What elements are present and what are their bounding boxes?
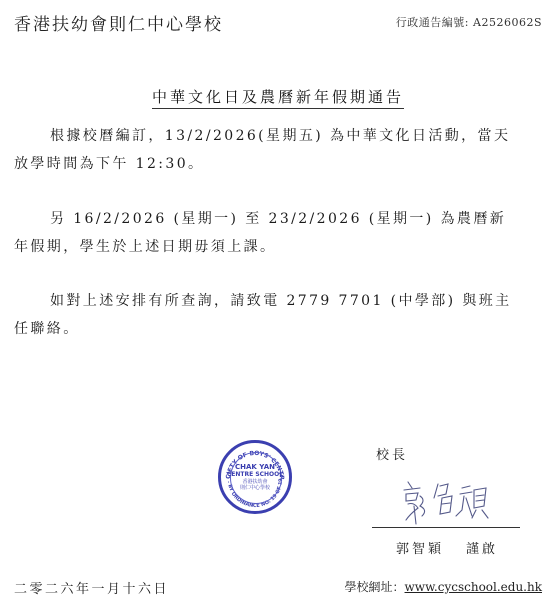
notice-number-value: A2526062S — [473, 16, 542, 29]
paragraph-1-text: 根據校曆編訂，13/2/2026(星期五) 為中華文化日活動，當天放學時間為下午… — [14, 128, 510, 172]
signature-line — [372, 527, 520, 528]
paragraph-2: 另 16/2/2026 (星期一) 至 23/2/2026 (星期一) 為農曆新… — [14, 205, 514, 261]
signer-closing: 謹啟 — [466, 542, 498, 557]
stamp-line-1: CHAK YAN — [235, 463, 275, 471]
notice-number-label: 行政通告編號: — [396, 16, 469, 29]
stamp-line-2: CENTRE SCHOOL — [227, 471, 283, 479]
notice-title: 中華文化日及農曆新年假期通告 — [0, 86, 556, 109]
notice-title-text: 中華文化日及農曆新年假期通告 — [152, 86, 404, 109]
principal-role-label: 校長 — [376, 444, 408, 463]
paragraph-2-text: 另 16/2/2026 (星期一) 至 23/2/2026 (星期一) 為農曆新… — [14, 211, 506, 255]
website: 學校網址：www.cycschool.edu.hk — [345, 578, 542, 595]
website-label: 學校網址： — [345, 580, 405, 594]
signature-icon — [400, 476, 500, 526]
website-link[interactable]: www.cycschool.edu.hk — [405, 580, 542, 594]
school-name: 香港扶幼會則仁中心學校 — [14, 10, 223, 35]
stamp-line-4: 則仁中心學校 — [240, 485, 270, 491]
signer: 郭智穎謹啟 — [396, 538, 498, 557]
paragraph-3: 如對上述安排有所查詢，請致電 2779 7701 (中學部) 與班主任聯絡。 — [14, 287, 514, 343]
school-seal-stamp: SOCIETY OF BOYS' CENTRES INC. BY ORDINAN… — [218, 440, 292, 514]
handwritten-signature — [400, 476, 500, 530]
paragraph-3-text: 如對上述安排有所查詢，請致電 2779 7701 (中學部) 與班主任聯絡。 — [14, 293, 512, 337]
notice-date: 二零二六年一月十六日 — [14, 578, 169, 597]
notice-number: 行政通告編號: A2526062S — [396, 14, 542, 30]
signer-name: 郭智穎 — [396, 542, 444, 557]
paragraph-1: 根據校曆編訂，13/2/2026(星期五) 為中華文化日活動，當天放學時間為下午… — [14, 122, 514, 178]
